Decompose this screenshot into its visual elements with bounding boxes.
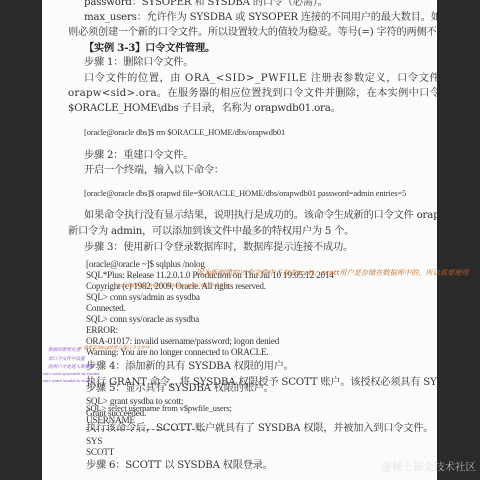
param-password-line: password：SYSOPER 和 SYSDBA 的口令（必需）。 [84, 0, 328, 9]
result-para-1: 如果命令执行没有显示结果，说明执行是成功的。该命令生成新的口令文件 orapwd… [84, 210, 437, 222]
example-heading: 【实例 3-3】口令文件管理。 [84, 42, 215, 54]
handwritten-note-purple: sql> conn sys/oracle as sysdba [43, 372, 99, 376]
select-header: USERNAME [86, 414, 135, 426]
handwritten-note-purple: 数据库需要先登 [48, 347, 80, 353]
handwritten-note-purple: 录口令文件中设置 [48, 356, 85, 362]
handwritten-note-orange: 因为新创建的口令文件中不存在scott，scott用户是存储在数据库中的，所以需… [196, 268, 469, 278]
param-max-users-cont: 则必须创建一个新的口令文件。所以设置较大的值较为稳妥。等号(=) 字符的两侧不应… [68, 27, 437, 39]
param-max-users-line: max_users：允许作为 SYSDBA 或 SYSOPER 连接的不同用户的… [84, 12, 437, 24]
step5-heading: 步骤 5：显示具有 SYSDBA 权限的账户。 [86, 383, 274, 395]
step1-para-2: orapw<sid>.ora。在服务器的相应位置找到口令文件并删除，在本实例中口… [68, 88, 437, 100]
result-row: SCOTT [86, 446, 114, 458]
result-para-2: 新口令为 admin，可以添加到该文件中最多的特权用户为 5 个。 [68, 226, 354, 238]
step2-heading: 步骤 2：重建口令文件。 [84, 150, 193, 162]
cmd-orapwd: [oracle@oracle dbs]$ orapwd file=$ORACLE… [84, 188, 406, 200]
result-separator [86, 429, 205, 430]
step1-heading: 步骤 1：删除口令文件。 [84, 57, 193, 69]
step4-heading: 步骤 4：添加新的具有 SYSDBA 权限的用户。 [86, 361, 294, 373]
step3-heading: 步骤 3：使用新口令登录数据库时，数据库提示连接不成功。 [84, 242, 353, 254]
handwritten-note-orange: → 重新添加scott用户到口令文件中。 [78, 345, 154, 351]
step2-sub: 开启一个终端，输入以下命令： [84, 165, 224, 177]
handwritten-note-purple: 的用户才能进入数据库 [48, 364, 94, 370]
step1-para-1: 口令文件的位置，由 ORA_<SID>_PWFILE 注册表参数定义，口令文件的… [84, 73, 437, 85]
cmd-rm: [oracle@oracle dbs]$ rm $ORACLE_HOME/dbs… [84, 127, 285, 139]
handwritten-note-orange: scott需要打开数据库；再添加scott用户到口令文件中。 [118, 283, 233, 289]
step6-heading: 步骤 6：SCOTT 以 SYSDBA 权限登录。 [86, 460, 273, 472]
handwritten-note-purple: sql> grant sysdba to scott [43, 379, 91, 383]
step1-para-3: $ORACLE_HOME\dbs 子目录，名称为 orapwdb01.ora。 [68, 103, 341, 115]
watermark: @稀土掘金技术社区 [382, 459, 477, 474]
